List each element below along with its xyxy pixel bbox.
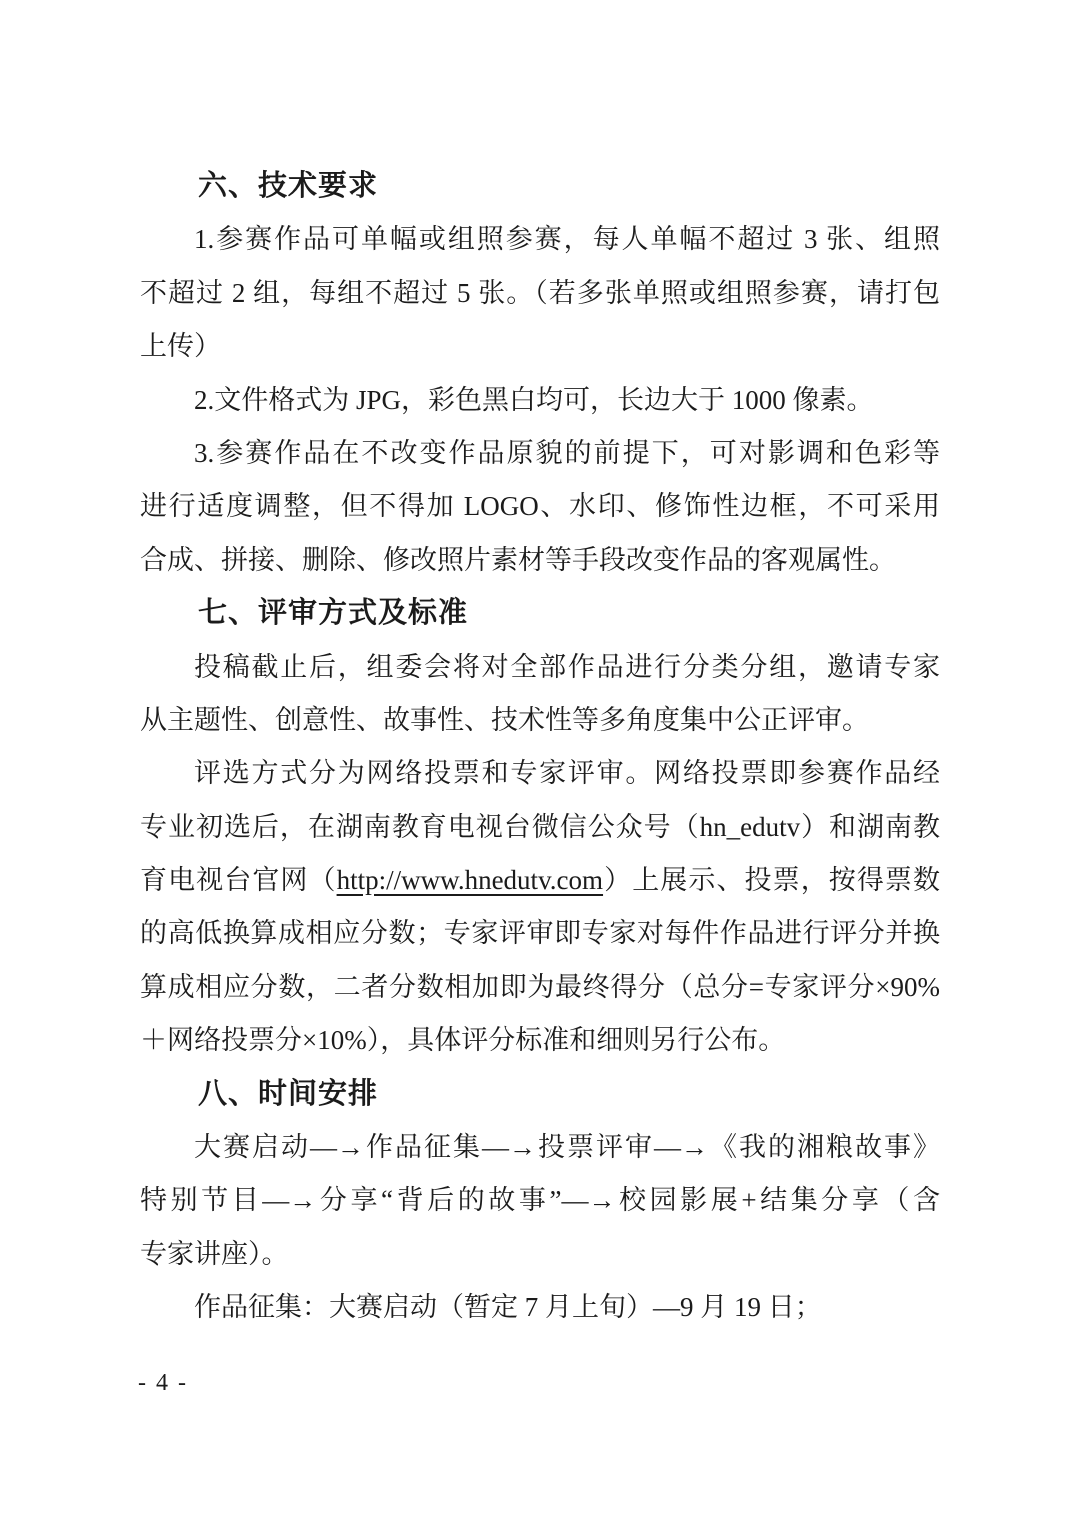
para-tech-2-line-1-segment: 2.文件格式为 JPG，彩色黑白均可，长边大于 1000 像素。 xyxy=(194,385,874,415)
para-tech-2-line-1: 2.文件格式为 JPG，彩色黑白均可，长边大于 1000 像素。 xyxy=(140,374,940,427)
para-review-2-line-3-segment: 育电视台官网（ xyxy=(140,865,337,895)
para-schedule-1-line-2-segment: 特别节目—→分享“背后的故事”—→校园影展+结集分享（含 xyxy=(140,1185,940,1215)
section-7-heading-segment: 七、评审方式及标准 xyxy=(198,597,468,629)
para-tech-1-line-1: 1.参赛作品可单幅或组照参赛，每人单幅不超过 3 张、组照 xyxy=(140,213,940,266)
para-review-2-line-6-segment: ＋网络投票分×10%），具体评分标准和细则另行公布。 xyxy=(140,1025,785,1055)
para-schedule-1-line-1-segment: 大赛启动—→作品征集—→投票评审—→《我的湘粮故事》 xyxy=(194,1132,940,1162)
para-tech-1-line-2: 不超过 2 组，每组不超过 5 张。（若多张单照或组照参赛，请打包 xyxy=(140,267,940,320)
para-tech-3-line-3-segment: 合成、拼接、删除、修改照片素材等手段改变作品的客观属性。 xyxy=(140,545,896,575)
para-review-1-line-1: 投稿截止后，组委会将对全部作品进行分类分组，邀请专家 xyxy=(140,641,940,694)
para-schedule-1-line-2: 特别节目—→分享“背后的故事”—→校园影展+结集分享（含 xyxy=(140,1174,940,1227)
para-tech-3-line-2: 进行适度调整，但不得加 LOGO、水印、修饰性边框，不可采用 xyxy=(140,480,940,533)
section-6-heading: 六、技术要求 xyxy=(140,160,940,213)
para-review-2-line-2-segment: 专业初选后，在湖南教育电视台微信公众号（hn_edutv）和湖南教 xyxy=(140,812,940,842)
page-number: - 4 - xyxy=(138,1370,188,1397)
para-tech-1-line-1-segment: 1.参赛作品可单幅或组照参赛，每人单幅不超过 3 张、组照 xyxy=(194,224,940,254)
document-body: 六、技术要求1.参赛作品可单幅或组照参赛，每人单幅不超过 3 张、组照不超过 2… xyxy=(140,160,940,1335)
section-7-heading: 七、评审方式及标准 xyxy=(140,587,940,640)
para-review-2-line-5: 算成相应分数，二者分数相加即为最终得分（总分=专家评分×90% xyxy=(140,961,940,1014)
para-tech-1-line-3: 上传） xyxy=(140,320,940,373)
para-tech-1-line-2-segment: 不超过 2 组，每组不超过 5 张。（若多张单照或组照参赛，请打包 xyxy=(140,278,940,308)
para-review-2-line-5-segment: 算成相应分数，二者分数相加即为最终得分（总分=专家评分×90% xyxy=(140,972,940,1002)
para-tech-3-line-3: 合成、拼接、删除、修改照片素材等手段改变作品的客观属性。 xyxy=(140,534,940,587)
para-tech-1-line-3-segment: 上传） xyxy=(140,331,221,361)
para-review-1-line-2: 从主题性、创意性、故事性、技术性等多角度集中公正评审。 xyxy=(140,694,940,747)
para-review-2-line-4-segment: 的高低换算成相应分数；专家评审即专家对每件作品进行评分并换 xyxy=(140,918,940,948)
para-schedule-2-line-1-segment: 作品征集：大赛启动（暂定 7 月上旬）—9 月 19 日； xyxy=(194,1292,822,1322)
para-schedule-1-line-3: 专家讲座）。 xyxy=(140,1228,940,1281)
para-review-2-line-1-segment: 评选方式分为网络投票和专家评审。网络投票即参赛作品经 xyxy=(194,758,940,788)
section-6-heading-segment: 六、技术要求 xyxy=(198,170,378,202)
para-review-2-line-3-segment: ）上展示、投票，按得票数 xyxy=(603,865,940,895)
para-review-1-line-1-segment: 投稿截止后，组委会将对全部作品进行分类分组，邀请专家 xyxy=(194,652,940,682)
para-review-2-line-6: ＋网络投票分×10%），具体评分标准和细则另行公布。 xyxy=(140,1014,940,1067)
section-8-heading-segment: 八、时间安排 xyxy=(198,1078,378,1110)
para-schedule-2-line-1: 作品征集：大赛启动（暂定 7 月上旬）—9 月 19 日； xyxy=(140,1281,940,1334)
document-page: 六、技术要求1.参赛作品可单幅或组照参赛，每人单幅不超过 3 张、组照不超过 2… xyxy=(0,0,1080,1528)
para-tech-3-line-2-segment: 进行适度调整，但不得加 LOGO、水印、修饰性边框，不可采用 xyxy=(140,491,940,521)
para-schedule-1-line-3-segment: 专家讲座）。 xyxy=(140,1239,289,1269)
para-review-1-line-2-segment: 从主题性、创意性、故事性、技术性等多角度集中公正评审。 xyxy=(140,705,869,735)
para-tech-3-line-1-segment: 3.参赛作品在不改变作品原貌的前提下，可对影调和色彩等 xyxy=(194,438,940,468)
para-review-2-line-1: 评选方式分为网络投票和专家评审。网络投票即参赛作品经 xyxy=(140,747,940,800)
section-8-heading: 八、时间安排 xyxy=(140,1068,940,1121)
para-tech-3-line-1: 3.参赛作品在不改变作品原貌的前提下，可对影调和色彩等 xyxy=(140,427,940,480)
para-review-2-line-3: 育电视台官网（http://www.hnedutv.com）上展示、投票，按得票… xyxy=(140,854,940,907)
hnedutv-link[interactable]: http://www.hnedutv.com xyxy=(337,865,603,895)
para-review-2-line-2: 专业初选后，在湖南教育电视台微信公众号（hn_edutv）和湖南教 xyxy=(140,801,940,854)
para-review-2-line-4: 的高低换算成相应分数；专家评审即专家对每件作品进行评分并换 xyxy=(140,907,940,960)
para-schedule-1-line-1: 大赛启动—→作品征集—→投票评审—→《我的湘粮故事》 xyxy=(140,1121,940,1174)
